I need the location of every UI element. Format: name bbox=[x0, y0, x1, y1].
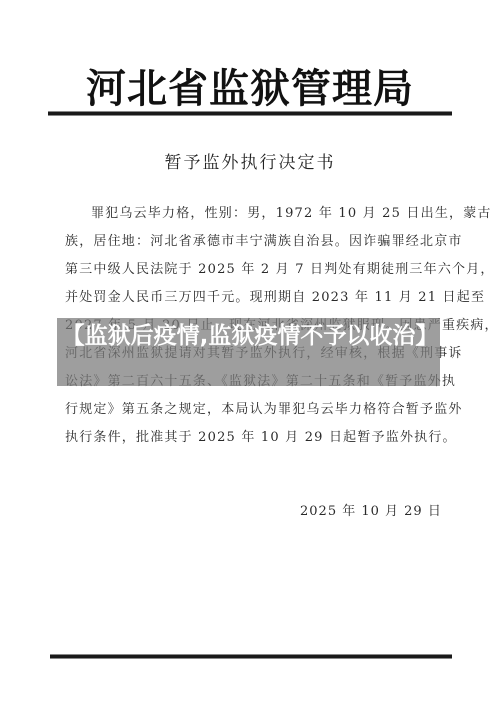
caption-overlay-text: 【监狱后疫情,监狱疫情不予以收治】 bbox=[60, 322, 440, 350]
footer-rule bbox=[50, 655, 452, 658]
body-line: 族，居住地：河北省承德市丰宁满族自治县。因诈骗罪经北京市 bbox=[65, 228, 441, 256]
header-rule bbox=[48, 112, 452, 115]
document-title: 暂予监外执行决定书 bbox=[0, 148, 500, 173]
org-title: 河北省监狱管理局 bbox=[0, 64, 500, 114]
body-line: 执行条件，批准其于 2025 年 10 月 29 日起暂予监外执行。 bbox=[65, 424, 441, 452]
body-line: 并处罚金人民币三万四千元。现刑期自 2023 年 11 月 21 日起至 bbox=[65, 284, 441, 312]
document-page: 河北省监狱管理局 暂予监外执行决定书 罪犯乌云毕力格，性别：男，1972 年 1… bbox=[0, 0, 500, 707]
body-line: 行规定》第五条之规定，本局认为罪犯乌云毕力格符合暂予监外 bbox=[65, 396, 441, 424]
body-line: 第三中级人民法院于 2025 年 2 月 7 日判处有期徒刑三年六个月， bbox=[65, 256, 441, 284]
signature-date: 2025 年 10 月 29 日 bbox=[300, 500, 442, 519]
body-line: 罪犯乌云毕力格，性别：男，1972 年 10 月 25 日出生，蒙古 bbox=[65, 200, 441, 228]
